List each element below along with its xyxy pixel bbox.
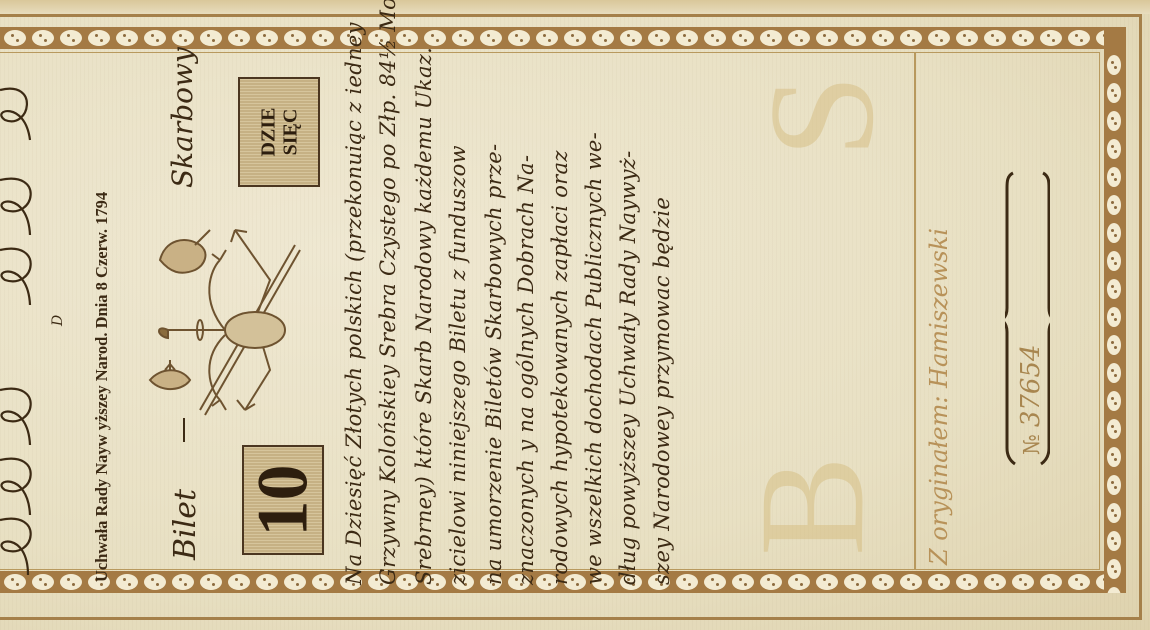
chain-link	[844, 30, 866, 46]
chain-link	[956, 574, 978, 590]
chain-link	[1012, 574, 1034, 590]
chain-link	[508, 30, 530, 46]
serial-prefix: №	[1020, 434, 1045, 455]
chain-link	[144, 30, 166, 46]
chain-link	[1107, 391, 1121, 411]
chain-link	[928, 30, 950, 46]
chain-link	[984, 574, 1006, 590]
chain-link	[452, 30, 474, 46]
chain-link	[172, 574, 194, 590]
chain-link	[816, 30, 838, 46]
chain-link	[1107, 307, 1121, 327]
chain-link	[928, 574, 950, 590]
chain-link	[256, 574, 278, 590]
body-text-line: znaczonych y na ogólnych Dobrach Na-	[514, 155, 538, 585]
chain-link	[1107, 559, 1121, 579]
resolution-line: Uchwała Rady Nayw yższey Narod. Dnia 8 C…	[92, 192, 112, 582]
chain-link	[676, 30, 698, 46]
chain-link	[984, 30, 1006, 46]
chain-link	[1107, 251, 1121, 271]
countersignature: Z oryginałem: Hamiszewski	[925, 228, 953, 565]
body-text-line: zicielowi niniejszego Biletu z funduszow	[446, 145, 470, 585]
chain-link	[200, 574, 222, 590]
chain-link	[564, 30, 586, 46]
coat-of-arms-emblem	[140, 220, 340, 430]
denomination-numeral-box: 10	[242, 445, 324, 555]
chain-link	[1107, 531, 1121, 551]
chain-link	[1107, 223, 1121, 243]
chain-link	[732, 30, 754, 46]
denomination-word-top: DZIE	[257, 108, 279, 157]
chain-link	[60, 30, 82, 46]
body-text-line: rodowych hypotekowanych zapłaci oraz	[548, 150, 572, 585]
chain-link	[816, 574, 838, 590]
chain-link	[592, 30, 614, 46]
chain-link	[844, 574, 866, 590]
chain-link	[4, 30, 26, 46]
body-text-line: na umorzenie Biletów Skarbowych prze-	[482, 144, 506, 585]
chain-link	[1107, 587, 1121, 593]
watermark-letter-s: S	[736, 74, 908, 157]
body-text-line: Na Dziesięć Złotych polskich (przekonuią…	[342, 22, 366, 585]
chain-link	[1107, 167, 1121, 187]
chain-link	[1107, 195, 1121, 215]
chain-link	[732, 574, 754, 590]
chain-link	[956, 30, 978, 46]
chain-link	[1107, 475, 1121, 495]
chain-link	[1068, 30, 1090, 46]
chain-link	[760, 574, 782, 590]
chain-link	[648, 30, 670, 46]
chain-link	[312, 30, 334, 46]
inner-panel-divider	[914, 52, 916, 570]
denomination-word-box: DZIESIĘC	[238, 77, 320, 187]
chain-link	[200, 30, 222, 46]
chain-link	[1107, 335, 1121, 355]
chain-link	[1107, 447, 1121, 467]
chain-link	[900, 30, 922, 46]
serial-number: № 37654	[1016, 344, 1046, 455]
body-text-line: we wszelkich dochodach Publicznych we-	[582, 132, 606, 585]
chain-link	[88, 30, 110, 46]
chain-link	[1107, 83, 1121, 103]
denomination-word-bottom: SIĘC	[279, 108, 301, 157]
paper-edge	[0, 0, 1150, 14]
chain-link	[480, 30, 502, 46]
chain-link	[172, 30, 194, 46]
body-text-line: dług powyższey Uchwały Rady Naywyż-	[616, 150, 640, 585]
skarbowy-word: Skarbowy	[166, 47, 199, 188]
chain-link	[1107, 55, 1121, 75]
chain-link	[144, 574, 166, 590]
chain-link	[284, 574, 306, 590]
body-text-line: Grzywny Kolońskiey Srebra Czystego po Zł…	[376, 0, 400, 585]
chain-link	[760, 30, 782, 46]
chain-link	[872, 30, 894, 46]
chain-link	[788, 30, 810, 46]
chain-link	[704, 574, 726, 590]
series-letter: D	[50, 315, 66, 326]
chain-link	[872, 574, 894, 590]
chain-link	[312, 574, 334, 590]
chain-link	[1107, 503, 1121, 523]
chain-link	[704, 30, 726, 46]
bilet-word: Bilet	[168, 489, 203, 560]
chain-link	[536, 30, 558, 46]
chain-link	[676, 574, 698, 590]
body-text-line: szey Narodowey przymowac będzie	[650, 197, 674, 585]
watermark-letter-b: B	[726, 456, 898, 556]
calligraphic-flourish	[0, 60, 80, 580]
chain-link	[900, 574, 922, 590]
chain-link	[620, 30, 642, 46]
chain-link	[1040, 574, 1062, 590]
chain-link	[1107, 419, 1121, 439]
serial-value: 37654	[1016, 344, 1046, 427]
chain-link	[116, 574, 138, 590]
chain-link	[228, 30, 250, 46]
chain-link	[788, 574, 810, 590]
chain-link	[1107, 111, 1121, 131]
body-text-line: Srebrney) które Skarb Narodowy każdemu U…	[412, 47, 436, 585]
chain-link	[32, 30, 54, 46]
chain-link	[284, 30, 306, 46]
chain-link	[1107, 279, 1121, 299]
chain-link	[256, 30, 278, 46]
chain-link	[116, 30, 138, 46]
chain-link	[1107, 363, 1121, 383]
border-chain-top	[0, 27, 1118, 49]
chain-link	[1068, 574, 1090, 590]
chain-link	[1012, 30, 1034, 46]
border-chain-right	[1104, 27, 1126, 593]
chain-link	[424, 30, 446, 46]
denomination-numeral: 10	[242, 464, 325, 536]
chain-link	[228, 574, 250, 590]
chain-link	[1107, 139, 1121, 159]
chain-link	[1040, 30, 1062, 46]
